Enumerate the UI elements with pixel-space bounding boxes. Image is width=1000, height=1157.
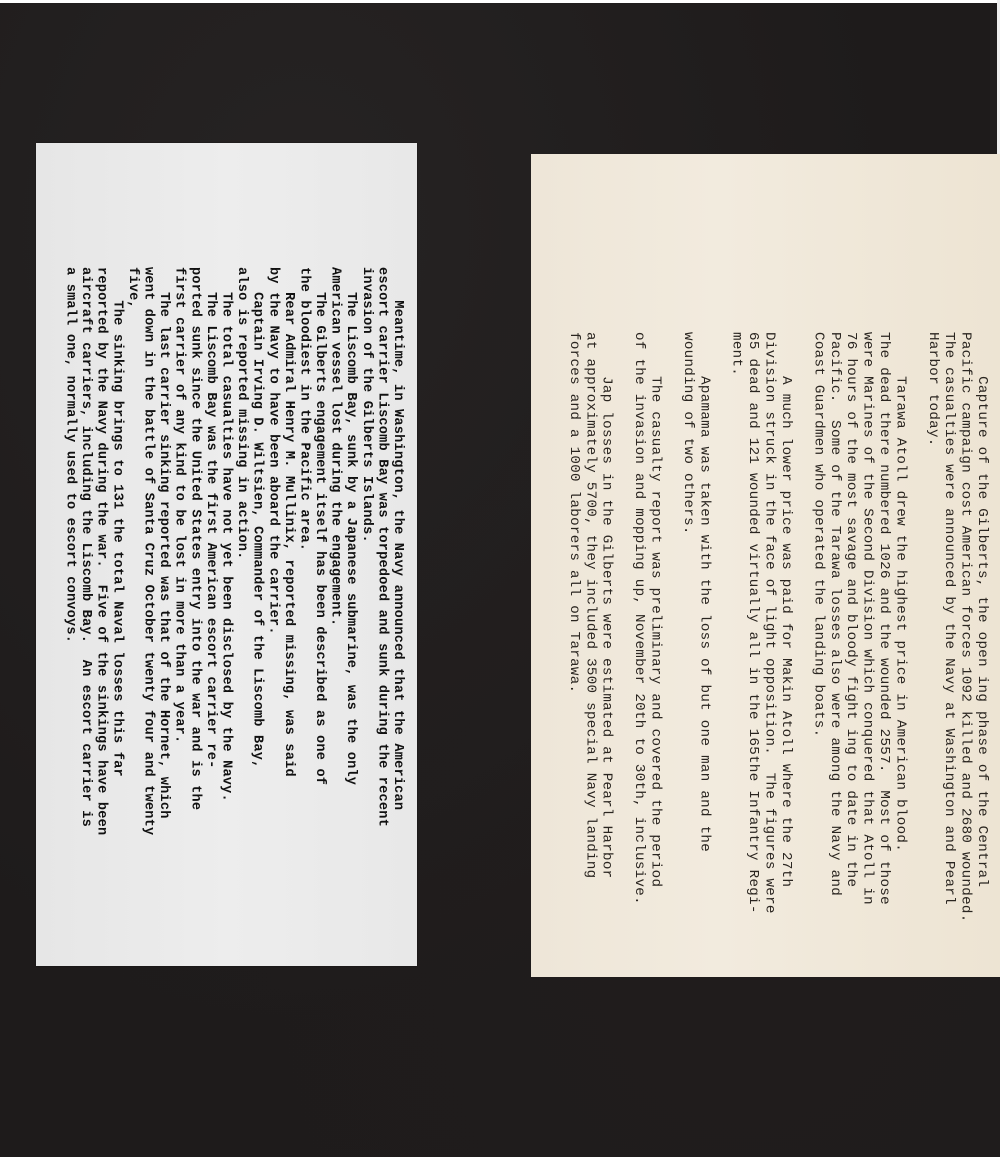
text-line: five, [124, 267, 140, 835]
text-line: The Gilberts engagement itself has been … [311, 267, 327, 835]
text-line: Meantime, in Washington, the Navy announ… [389, 267, 405, 835]
text-line: went down in the battle of Santa Cruz Oc… [140, 267, 156, 835]
text-line: by the Navy to have been aboard the carr… [265, 267, 281, 835]
text-line: were Marines of the Second Division whic… [859, 332, 875, 923]
text-line: of the invasion and mopping up, November… [631, 332, 647, 923]
clipping-text: Capture of the Gilberts, the open ing ph… [565, 332, 990, 923]
paragraph-gap [908, 332, 924, 923]
text-line: forces and a 1000 laborers all on Tarawa… [565, 332, 581, 923]
text-line: The total casualties have not yet been d… [218, 267, 234, 835]
text-line: wounding of two others. [680, 332, 696, 923]
gilberts-capture-clipping: Capture of the Gilberts, the open ing ph… [531, 154, 1000, 977]
text-line: The casualties were announced by the Nav… [941, 332, 957, 923]
paragraph-gap [664, 332, 680, 923]
text-line: also is reported missing in action. [233, 267, 249, 835]
text-line: at approximately 5700, they included 350… [582, 332, 598, 923]
text-line: invasion of the Gilberts Islands. [358, 267, 374, 835]
text-line: Jap losses in the Gilberts were estimate… [598, 332, 614, 923]
text-line: The Liscomb Bay, sunk by a Japanese subm… [343, 267, 359, 835]
liscomb-bay-clipping: Meantime, in Washington, the Navy announ… [36, 143, 417, 966]
text-line: Rear Admiral Henry M. Mullinix, reported… [280, 267, 296, 835]
text-line: 65 dead and 121 wounded virtually all in… [745, 332, 761, 923]
text-line: Division struck in the face of light opp… [761, 332, 777, 923]
paragraph-gap [794, 332, 810, 923]
text-line: The casualty report was preliminary and … [647, 332, 663, 923]
scan-edge-top [0, 0, 1000, 3]
text-line: The last carrier sinking reported was th… [156, 267, 172, 835]
text-line: The sinking brings to 131 the total Nava… [109, 267, 125, 835]
text-line: Pacific. Some of the Tarawa losses also … [826, 332, 842, 923]
text-line: A much lower price was paid for Makin At… [778, 332, 794, 923]
text-line: ported sunk since the United States entr… [187, 267, 203, 835]
text-line: Harbor today. [924, 332, 940, 923]
text-line: aircraft carriers, including the Liscomb… [78, 267, 94, 835]
text-line: ment. [728, 332, 744, 923]
text-line: Coast Guardmen who operated the landing … [810, 332, 826, 923]
text-line: the bloodiest in the Pacific area. [296, 267, 312, 835]
text-line: Captain Irving D. Wiltsien, Commander of… [249, 267, 265, 835]
text-line: The Liscomb Bay was the first American e… [202, 267, 218, 835]
paragraph-gap [712, 332, 728, 923]
paragraph-gap [615, 332, 631, 923]
text-line: reported by the Navy during the war. Fiv… [93, 267, 109, 835]
text-line: Pacific campaign cost American forces 10… [957, 332, 973, 923]
text-line: 76 hours of the most savage and bloody f… [843, 332, 859, 923]
text-line: Apamama was taken with the loss of but o… [696, 332, 712, 923]
text-line: escort carrier Liscomb Bay was torpedoed… [374, 267, 390, 835]
text-line: The dead there numbered 1026 and the wou… [876, 332, 892, 923]
text-line: Tarawa Atoll drew the highest price in A… [892, 332, 908, 923]
text-line: first carrier of any kind to be lost in … [171, 267, 187, 835]
text-line: Capture of the Gilberts, the open ing ph… [974, 332, 990, 923]
clipping-text: Meantime, in Washington, the Navy announ… [62, 267, 405, 835]
text-line: a small one, normally used to escort con… [62, 267, 78, 835]
text-line: American vessel lost during the engageme… [327, 267, 343, 835]
